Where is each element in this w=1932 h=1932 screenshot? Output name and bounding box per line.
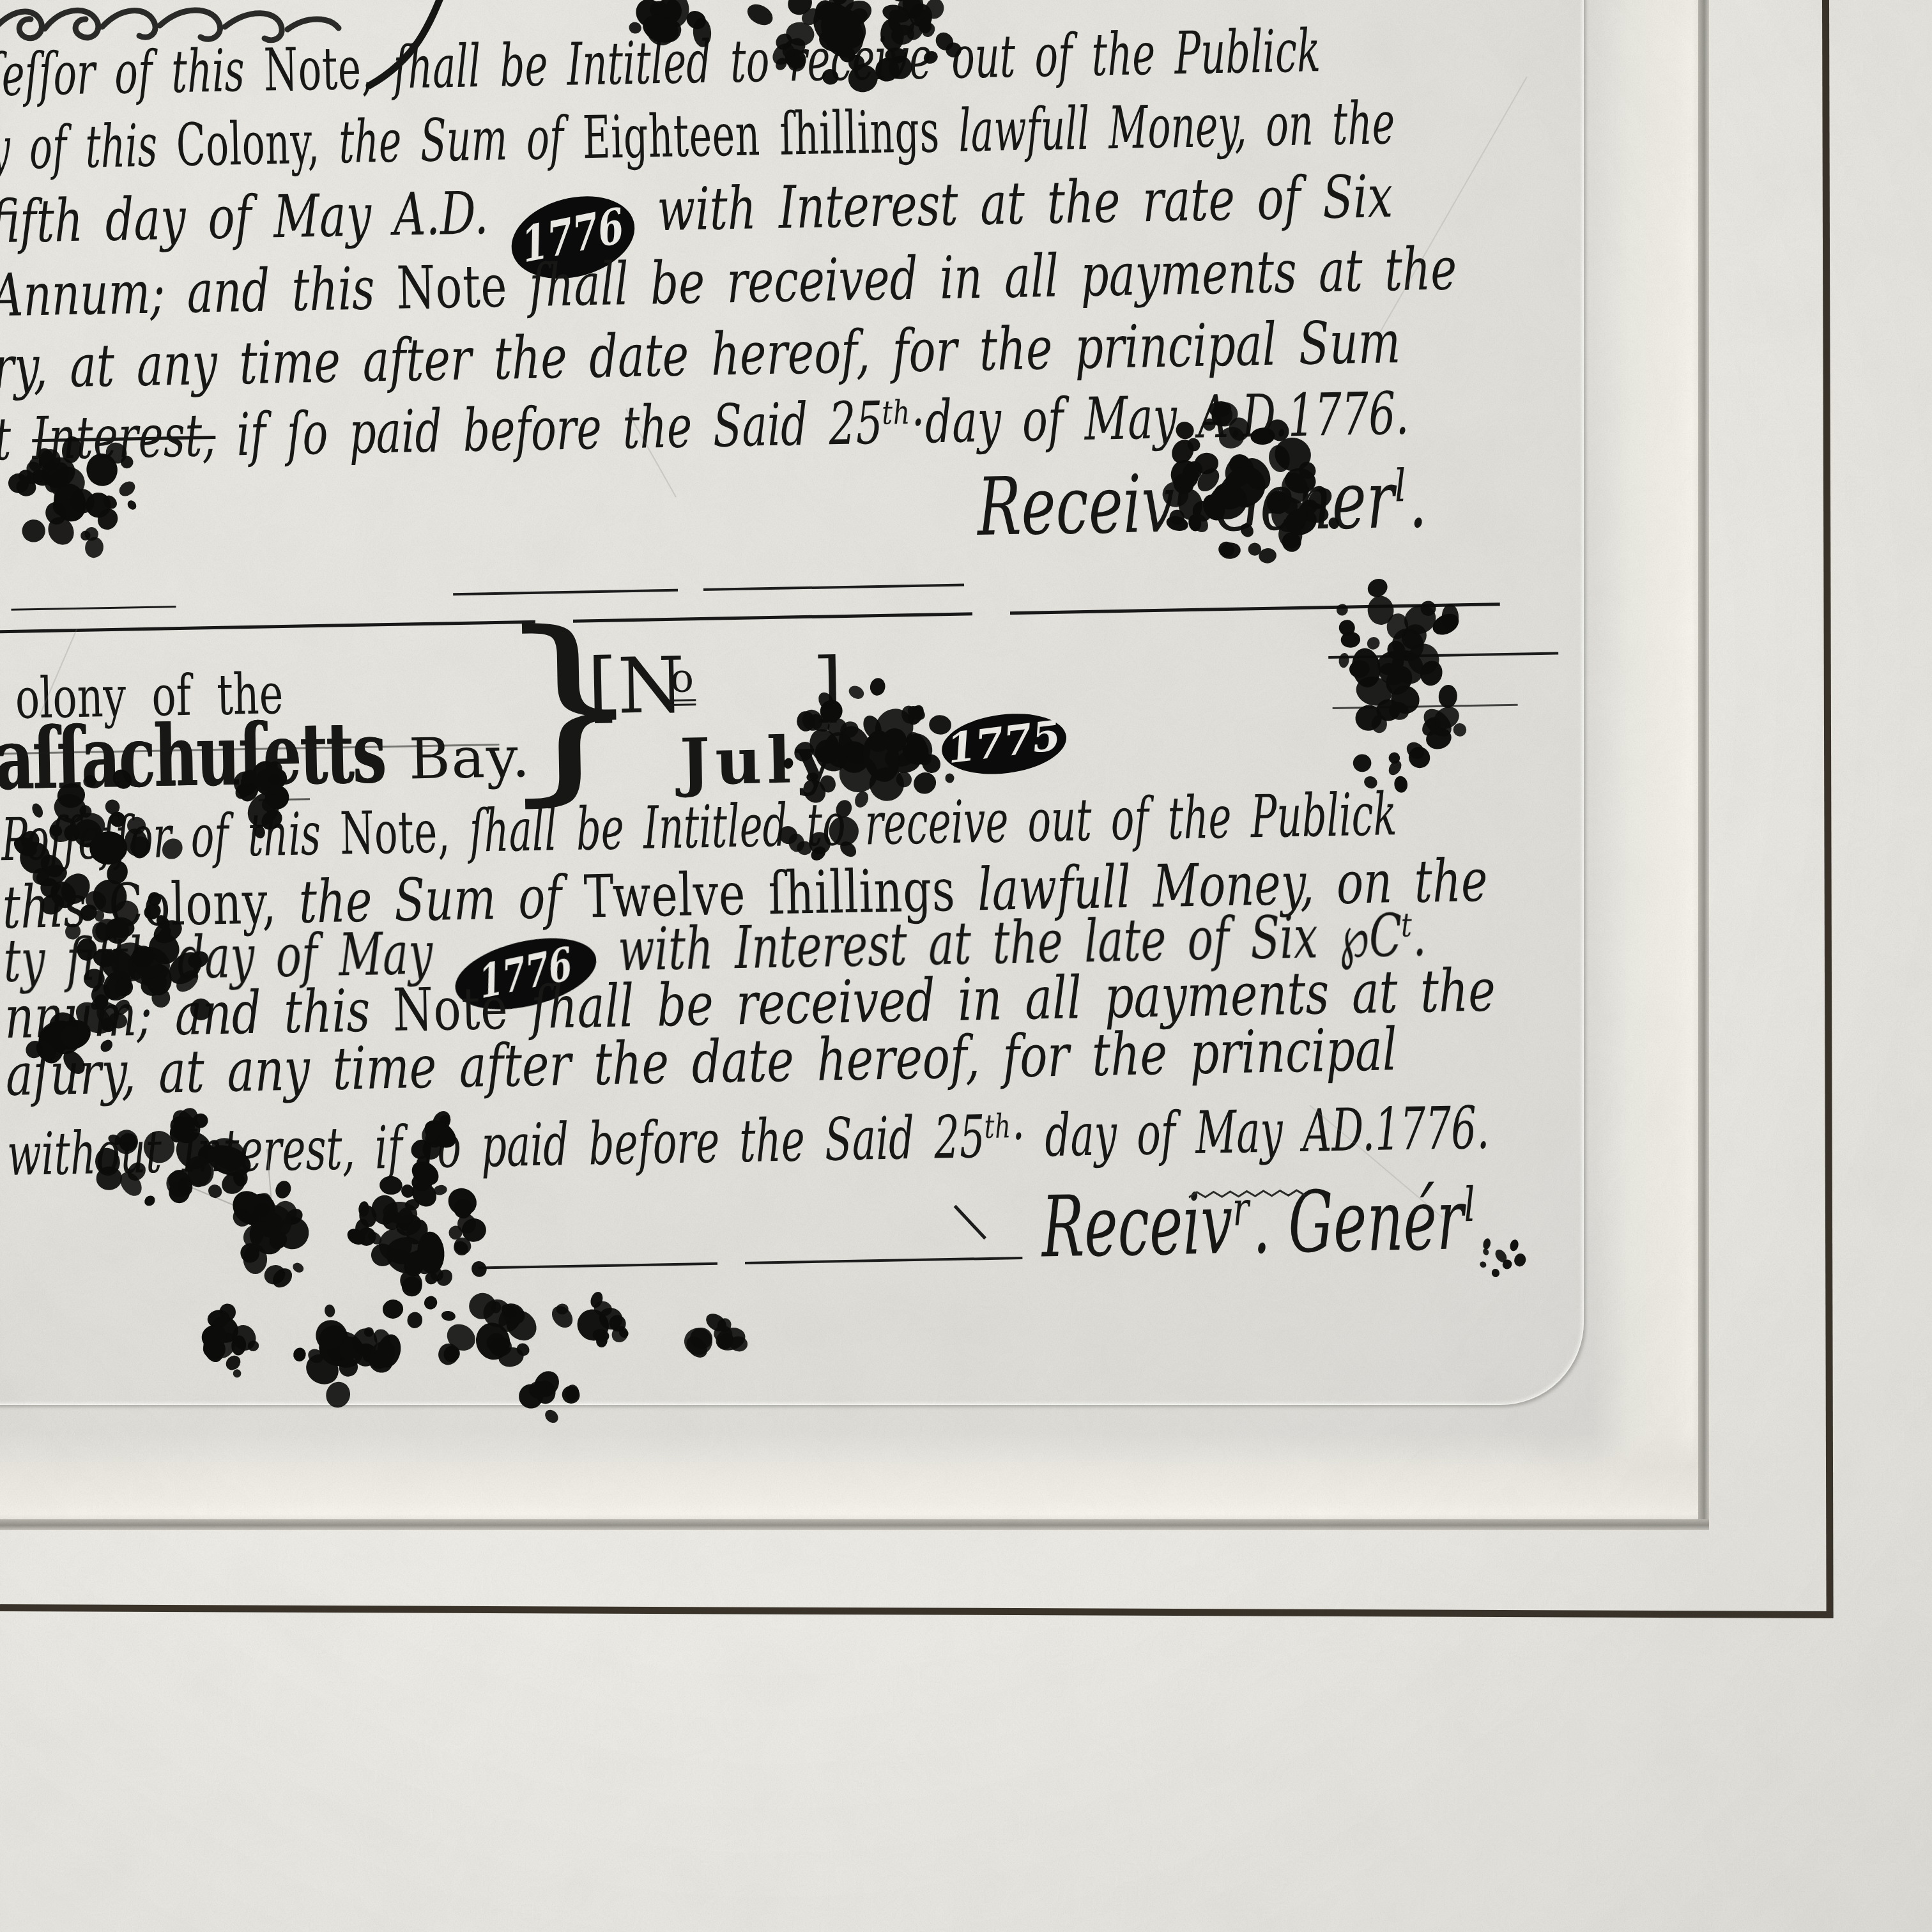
date-month-july: July — [679, 727, 839, 794]
number-superscript-o: o — [668, 658, 696, 706]
note1-signature: Receivʳ Generˡ. — [977, 459, 1428, 548]
signature-tick-mark — [954, 1205, 986, 1240]
notes-divider-rule — [0, 602, 1500, 633]
mat-window-shadow-right — [1698, 0, 1709, 1530]
note1-left-rule — [11, 606, 176, 611]
photo-of-matted-colonial-treasury-notes: ſeſſor of this Note, ſhall be Intitled t… — [0, 0, 1932, 1932]
note2-colony-name: aſſachuſetts — [0, 702, 386, 809]
date-year-1775-stamp: 1775 — [939, 707, 1070, 781]
divider-dash-right-2 — [1333, 704, 1518, 709]
note2-signature-rule — [478, 1257, 1022, 1269]
engraved-content: ſeſſor of this Note, ſhall be Intitled t… — [0, 0, 1698, 1519]
mat-french-line-vertical — [1822, 0, 1834, 1618]
document-sheet: ſeſſor of this Note, ſhall be Intitled t… — [0, 0, 1698, 1519]
divider-dash-right-1 — [1328, 652, 1558, 659]
number-bracket-close: ] — [812, 648, 843, 726]
mat-french-line-horizontal — [0, 1604, 1828, 1618]
mat-window-shadow-bottom — [0, 1519, 1709, 1530]
signature-flourish-squiggle — [1188, 1187, 1322, 1202]
